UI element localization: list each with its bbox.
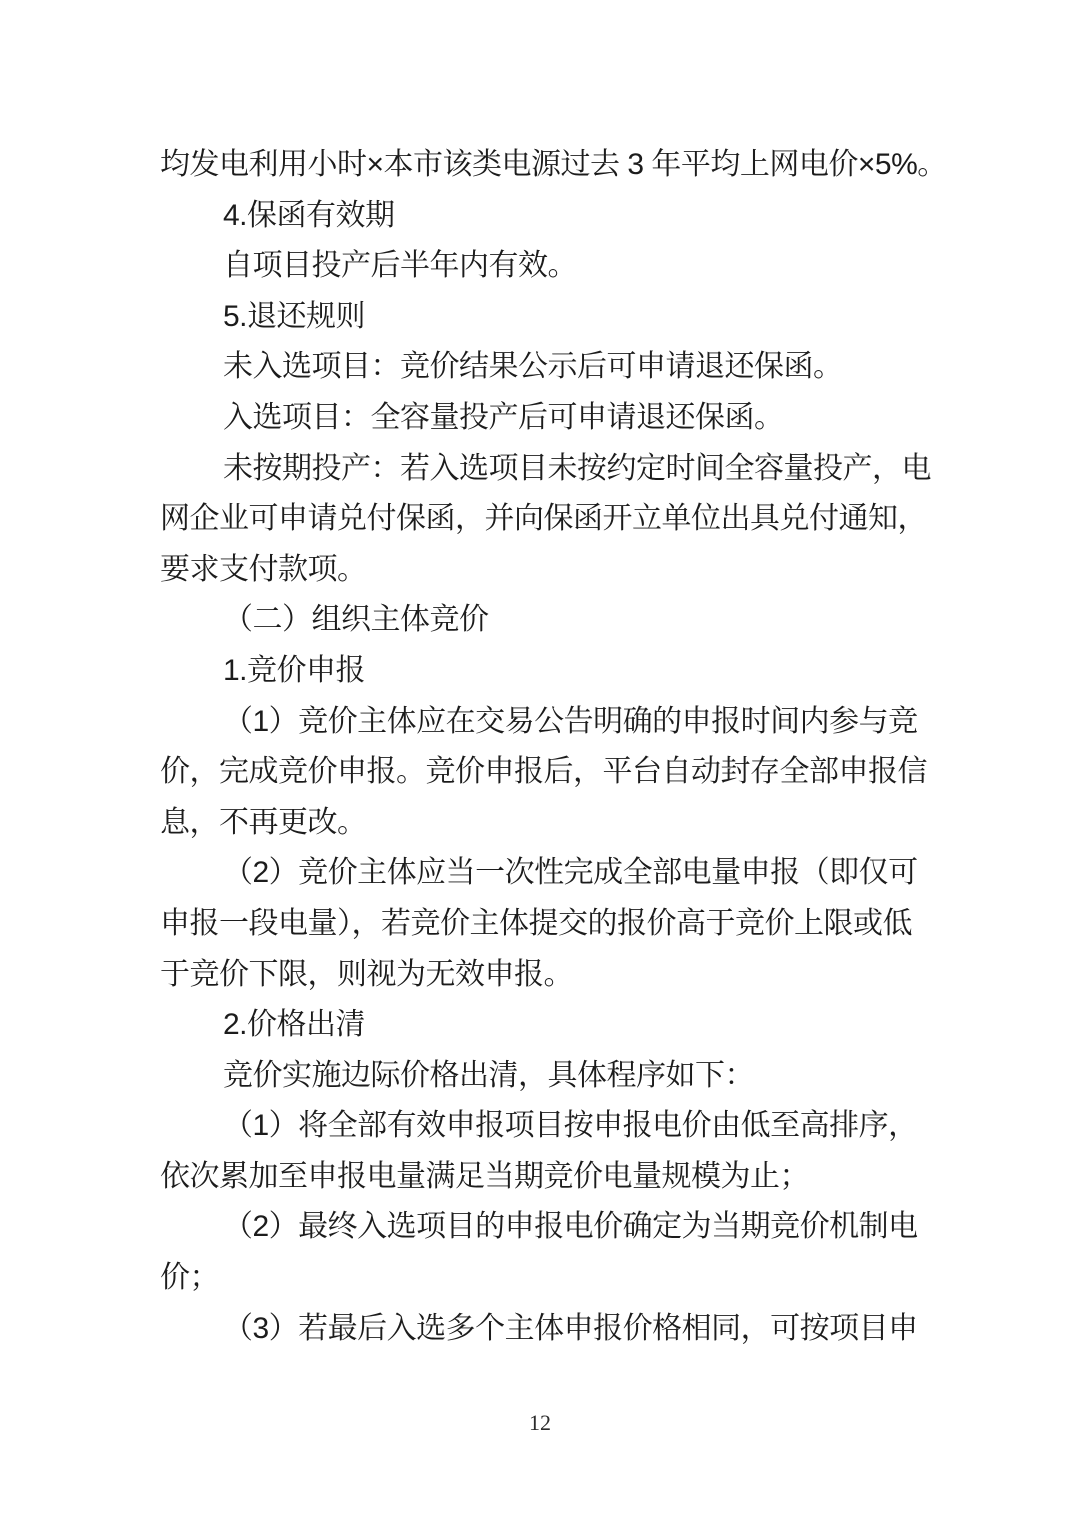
text-line: 均发电利用小时×本市该类电源过去 3 年平均上网电价×5%。 [160, 140, 930, 191]
subsection-heading: 2.价格出清 [160, 1000, 930, 1051]
text-line: 自项目投产后半年内有效。 [160, 241, 930, 292]
text-line: 未按期投产：若入选项目未按约定时间全容量投产，电 [160, 444, 930, 495]
text-line: 网企业可申请兑付保函，并向保函开立单位出具兑付通知， [160, 494, 930, 545]
document-page: 均发电利用小时×本市该类电源过去 3 年平均上网电价×5%。 4.保函有效期 自… [0, 0, 1080, 1527]
text-line: 未入选项目：竞价结果公示后可申请退还保函。 [160, 342, 930, 393]
text-line: 于竞价下限，则视为无效申报。 [160, 950, 930, 1001]
text-line: 价，完成竞价申报。竞价申报后，平台自动封存全部申报信 [160, 747, 930, 798]
text-line: （1）将全部有效申报项目按申报电价由低至高排序， [160, 1101, 930, 1152]
document-body: 均发电利用小时×本市该类电源过去 3 年平均上网电价×5%。 4.保函有效期 自… [160, 140, 930, 1354]
text-line: 申报一段电量），若竞价主体提交的报价高于竞价上限或低 [160, 899, 930, 950]
text-line: （2）竞价主体应当一次性完成全部电量申报（即仅可 [160, 848, 930, 899]
text-line: 4.保函有效期 [160, 191, 930, 242]
section-heading: （二）组织主体竞价 [160, 595, 930, 646]
text-line: （1）竞价主体应在交易公告明确的申报时间内参与竞 [160, 697, 930, 748]
text-line: （3）若最后入选多个主体申报价格相同，可按项目申 [160, 1304, 930, 1355]
text-line: 入选项目：全容量投产后可申请退还保函。 [160, 393, 930, 444]
text-line: 价； [160, 1253, 930, 1304]
text-line: 依次累加至申报电量满足当期竞价电量规模为止； [160, 1152, 930, 1203]
text-line: 5.退还规则 [160, 292, 930, 343]
text-line: （2）最终入选项目的申报电价确定为当期竞价机制电 [160, 1202, 930, 1253]
text-line: 息，不再更改。 [160, 798, 930, 849]
subsection-heading: 1.竞价申报 [160, 646, 930, 697]
text-line: 要求支付款项。 [160, 545, 930, 596]
text-line: 竞价实施边际价格出清，具体程序如下： [160, 1051, 930, 1102]
page-number: 12 [0, 1408, 1080, 1438]
